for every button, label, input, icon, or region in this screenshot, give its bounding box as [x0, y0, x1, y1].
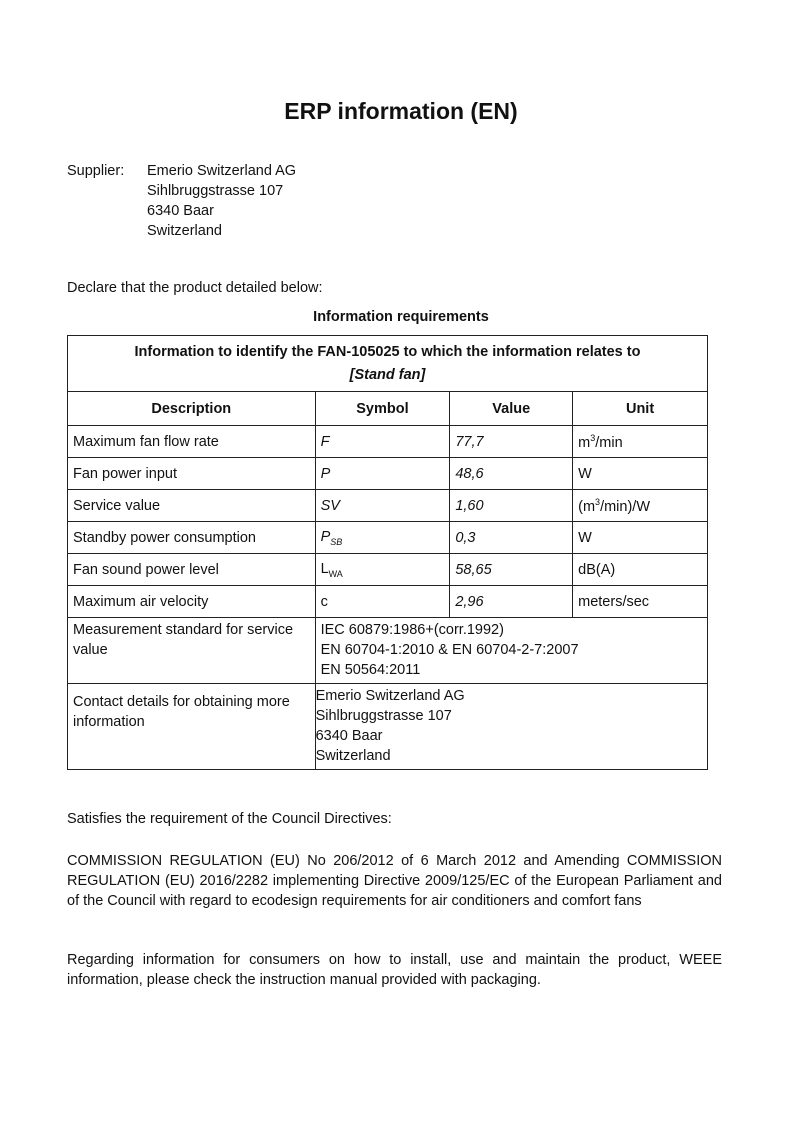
product-type: [Stand fan]	[73, 364, 702, 387]
standards-cell: IEC 60879:1986+(corr.1992) EN 60704-1:20…	[315, 618, 707, 684]
symbol-cell: P	[315, 458, 450, 490]
supplier-line: Switzerland	[147, 221, 296, 241]
table-row: Maximum fan flow rate F 77,7 m3/min	[68, 426, 708, 458]
value-cell: 2,96	[450, 586, 573, 618]
standard-row: Measurement standard for service value I…	[68, 618, 708, 684]
header-row: Description Symbol Value Unit	[68, 392, 708, 426]
unit-cell: meters/sec	[573, 586, 708, 618]
value-cell: 1,60	[450, 490, 573, 522]
description-cell: Standby power consumption	[68, 522, 316, 554]
value-cell: 77,7	[450, 426, 573, 458]
table-row: Standby power consumption PSB 0,3 W	[68, 522, 708, 554]
value-cell: 0,3	[450, 522, 573, 554]
requirements-title: Information requirements	[0, 309, 802, 325]
header-symbol: Symbol	[315, 392, 450, 426]
regarding-text: Regarding information for consumers on h…	[67, 950, 722, 990]
description-cell: Contact details for obtaining more infor…	[68, 684, 316, 770]
supplier-label: Supplier:	[67, 161, 124, 181]
regulation-text: COMMISSION REGULATION (EU) No 206/2012 o…	[67, 851, 722, 911]
supplier-line: 6340 Baar	[147, 201, 296, 221]
description-cell: Fan power input	[68, 458, 316, 490]
contact-line: 6340 Baar	[316, 726, 702, 746]
table-row: Maximum air velocity c 2,96 meters/sec	[68, 586, 708, 618]
supplier-line: Emerio Switzerland AG	[147, 161, 296, 181]
standard-line: EN 50564:2011	[321, 660, 702, 680]
symbol-cell: c	[315, 586, 450, 618]
supplier-address: Emerio Switzerland AG Sihlbruggstrasse 1…	[147, 161, 296, 241]
standard-line: EN 60704-1:2010 & EN 60704-2-7:2007	[321, 640, 702, 660]
table-row: Service value SV 1,60 (m3/min)/W	[68, 490, 708, 522]
contact-cell: Emerio Switzerland AG Sihlbruggstrasse 1…	[315, 684, 707, 770]
symbol-cell: PSB	[315, 522, 450, 554]
symbol-cell: LWA	[315, 554, 450, 586]
identify-row: Information to identify the FAN-105025 t…	[68, 336, 708, 392]
value-cell: 58,65	[450, 554, 573, 586]
identify-cell: Information to identify the FAN-105025 t…	[68, 336, 708, 392]
erp-table: Information to identify the FAN-105025 t…	[67, 335, 708, 770]
header-description: Description	[68, 392, 316, 426]
contact-line: Sihlbruggstrasse 107	[316, 706, 702, 726]
description-cell: Fan sound power level	[68, 554, 316, 586]
unit-cell: W	[573, 458, 708, 490]
supplier-line: Sihlbruggstrasse 107	[147, 181, 296, 201]
contact-row: Contact details for obtaining more infor…	[68, 684, 708, 770]
standard-line: IEC 60879:1986+(corr.1992)	[321, 620, 702, 640]
page-title: ERP information (EN)	[0, 98, 802, 125]
header-unit: Unit	[573, 392, 708, 426]
table-row: Fan sound power level LWA 58,65 dB(A)	[68, 554, 708, 586]
contact-line: Switzerland	[316, 746, 702, 766]
unit-cell: W	[573, 522, 708, 554]
description-cell: Service value	[68, 490, 316, 522]
unit-cell: dB(A)	[573, 554, 708, 586]
header-value: Value	[450, 392, 573, 426]
satisfies-text: Satisfies the requirement of the Council…	[67, 811, 392, 827]
description-cell: Maximum air velocity	[68, 586, 316, 618]
unit-cell: m3/min	[573, 426, 708, 458]
symbol-cell: SV	[315, 490, 450, 522]
unit-cell: (m3/min)/W	[573, 490, 708, 522]
symbol-cell: F	[315, 426, 450, 458]
declare-text: Declare that the product detailed below:	[67, 280, 323, 296]
contact-line: Emerio Switzerland AG	[316, 686, 702, 706]
description-cell: Measurement standard for service value	[68, 618, 316, 684]
table-row: Fan power input P 48,6 W	[68, 458, 708, 490]
value-cell: 48,6	[450, 458, 573, 490]
description-cell: Maximum fan flow rate	[68, 426, 316, 458]
identify-text: Information to identify the FAN-105025 t…	[73, 341, 702, 364]
